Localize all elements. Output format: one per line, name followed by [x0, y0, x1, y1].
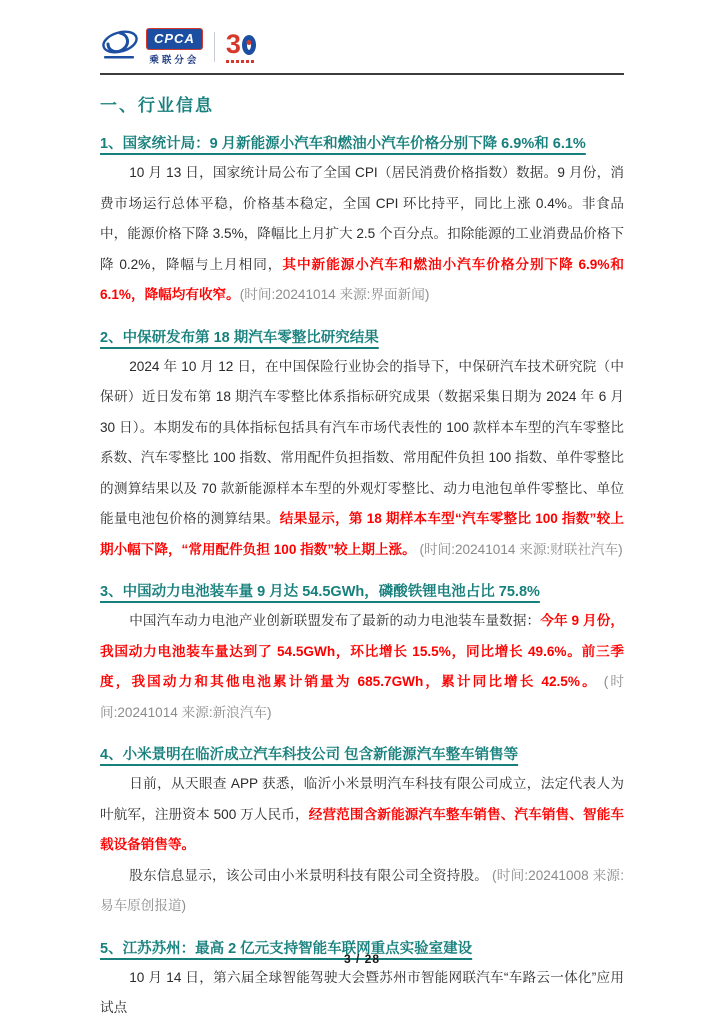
text-segment-normal: 10 月 14 日，第六届全球智能驾驶大会暨苏州市智能网联汽车“车路云一体化”应… [100, 970, 624, 1016]
text-segment-normal: 股东信息显示，该公司由小米景明科技有限公司全资持股。 [129, 868, 488, 883]
text-segment-normal: 2024 年 10 月 12 日，在中国保险行业协会的指导下，中保研汽车技术研究… [100, 359, 624, 527]
anniversary-digit-3: 3 [226, 31, 241, 58]
cpca-emblem-icon [100, 28, 140, 67]
article-heading: 1、国家统计局：9 月新能源小汽车和燃油小汽车价格分别下降 6.9%和 6.1% [100, 133, 624, 155]
text-segment-src: (时间:20241014 来源:财联社汽车) [416, 542, 623, 557]
paragraph: 10 月 14 日，第六届全球智能驾驶大会暨苏州市智能网联汽车“车路云一体化”应… [100, 963, 624, 1024]
anniversary-red-dot [246, 40, 251, 45]
paragraph: 2024 年 10 月 12 日，在中国保险行业协会的指导下，中保研汽车技术研究… [100, 352, 624, 566]
text-segment-src: (时间:20241014 来源:界面新闻) [240, 287, 430, 302]
anniversary-microtext-decoration [226, 60, 256, 63]
anniversary-digits: 3 [226, 31, 256, 58]
cpca-wordmark-block: CPCA 乘联分会 [146, 28, 203, 66]
logo-row: CPCA 乘联分会 3 [100, 26, 624, 68]
paragraph: 日前，从天眼查 APP 获悉，临沂小米景明汽车科技有限公司成立，法定代表人为叶航… [100, 769, 624, 861]
article-heading: 2、中保研发布第 18 期汽车零整比研究结果 [100, 327, 624, 349]
cpca-wordmark: CPCA [146, 28, 203, 50]
document-body: 一、行业信息 1、国家统计局：9 月新能源小汽车和燃油小汽车价格分别下降 6.9… [0, 95, 724, 1024]
article-heading: 4、小米景明在临沂成立汽车科技公司 包含新能源汽车整车销售等 [100, 744, 624, 766]
anniversary-digit-0-ring [242, 35, 256, 55]
page-header: CPCA 乘联分会 3 [0, 0, 724, 75]
header-rule [100, 73, 624, 75]
anniversary-30-logo: 3 [226, 31, 256, 63]
paragraph: 10 月 13 日，国家统计局公布了全国 CPI（居民消费价格指数）数据。9 月… [100, 158, 624, 311]
cpca-subtitle: 乘联分会 [149, 52, 199, 66]
text-segment-normal: 中国汽车动力电池产业创新联盟发布了最新的动力电池装车量数据： [129, 613, 540, 628]
article-heading: 3、中国动力电池装车量 9 月达 54.5GWh，磷酸铁锂电池占比 75.8% [100, 581, 624, 603]
paragraph: 中国汽车动力电池产业创新联盟发布了最新的动力电池装车量数据：今年 9 月份，我国… [100, 606, 624, 728]
cpca-logo: CPCA 乘联分会 [100, 28, 203, 67]
page-footer: 3 / 28 [0, 950, 724, 968]
section-title: 一、行业信息 [100, 95, 624, 117]
page-number: 3 / 28 [344, 952, 380, 966]
articles: 1、国家统计局：9 月新能源小汽车和燃油小汽车价格分别下降 6.9%和 6.1%… [100, 133, 624, 1024]
logo-divider [214, 32, 215, 62]
paragraph: 股东信息显示，该公司由小米景明科技有限公司全资持股。 (时间:20241008 … [100, 861, 624, 922]
report-page: CPCA 乘联分会 3 一、行业信息 1、国家统计局：9 月新能源小汽车和燃油小… [0, 0, 724, 1024]
